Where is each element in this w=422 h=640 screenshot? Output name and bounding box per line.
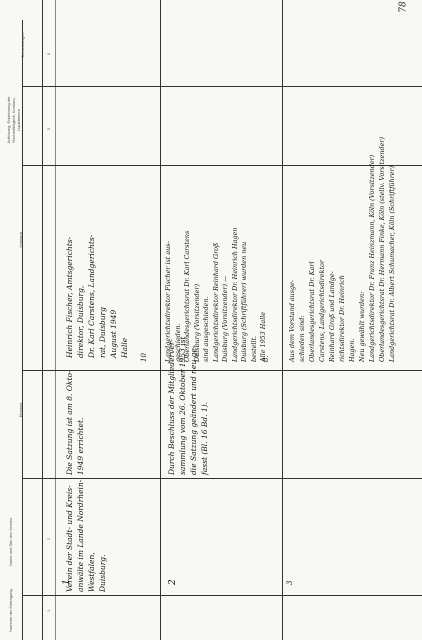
column-divider	[22, 86, 422, 87]
row-3-vorstand: Aus dem Vorstand ausge- schieden sind: O…	[287, 137, 397, 362]
header-col-5: Auflösung, Entziehung der Rechtsfähigkei…	[6, 90, 21, 150]
row-1-eingang: Die Satzung ist am 8. Okto- 1949 erricht…	[64, 370, 86, 475]
row-divider	[160, 0, 161, 640]
row-3-number: 3	[286, 581, 294, 585]
register-page: 78 Nummer der Eintragung Name und Sitz d…	[0, 0, 422, 640]
row-divider	[282, 0, 283, 640]
row-divider	[55, 0, 56, 640]
table-left-edge	[22, 20, 23, 640]
header-col-1: Nummer der Eintragung	[8, 598, 13, 632]
header-col-6: Bemerkungen	[20, 20, 25, 70]
col-num-1: 1	[46, 610, 51, 612]
col-num-2: 2	[46, 538, 51, 540]
header-col-3: Eingang	[18, 380, 23, 440]
row-1-entry-no: 10	[140, 353, 148, 362]
col-num-5: 5	[46, 128, 51, 130]
row-divider	[42, 0, 43, 640]
row-2-vorstand: Landgerichtsdirektor Fischer ist aus- ge…	[164, 228, 269, 362]
row-2-number: 2	[168, 579, 178, 585]
header-col-4: Vorstand	[18, 200, 23, 280]
row-1-name: Verein der Stadt- und Kreis- anwälte im …	[64, 480, 108, 592]
column-divider	[22, 595, 422, 596]
col-num-6: 6	[46, 53, 51, 55]
page-mark: 78	[399, 1, 409, 12]
header-col-2: Name und Sitz des Vereins	[8, 512, 13, 572]
row-1-vorstand: Heinrich Fischer, Amtsgerichts- direktor…	[64, 235, 130, 358]
